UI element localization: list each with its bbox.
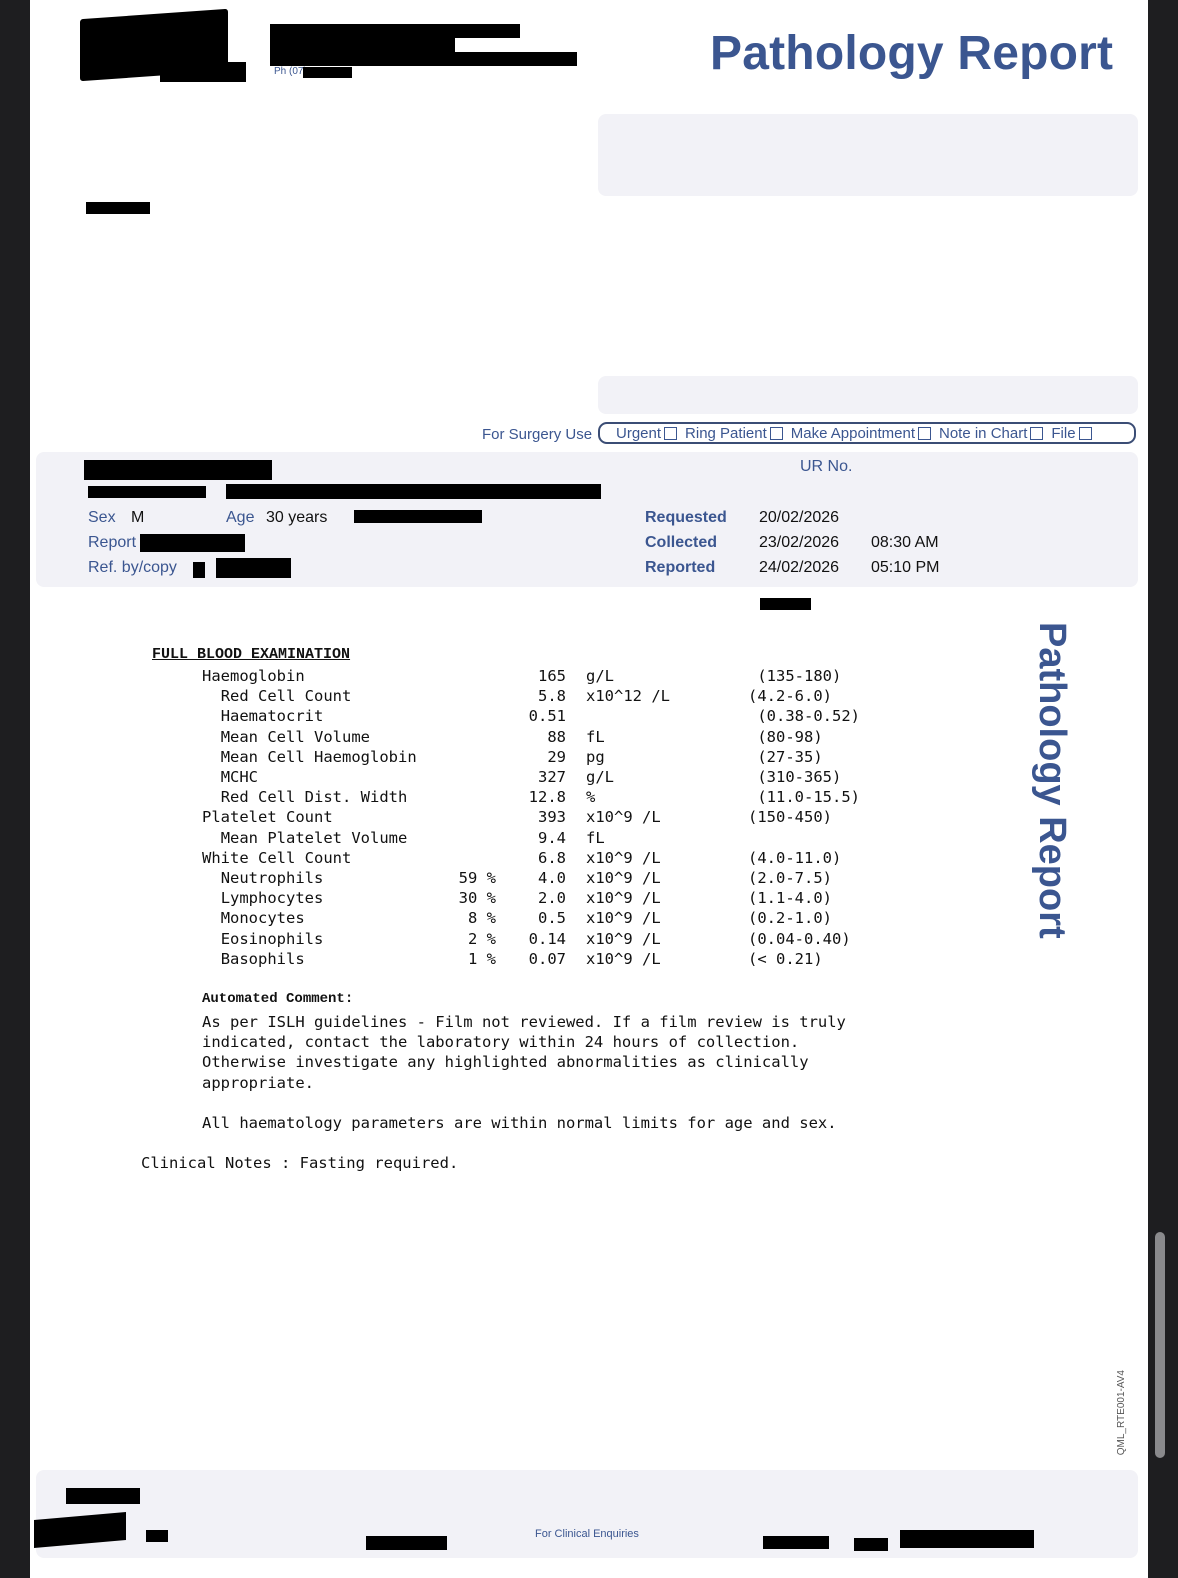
- reference-range: (4.2-6.0): [748, 686, 832, 706]
- test-unit: g/L: [586, 767, 614, 787]
- test-name: Monocytes: [221, 908, 305, 928]
- redacted-lab-address: [270, 38, 455, 52]
- ur-number-label: UR No.: [800, 458, 852, 476]
- surgery-option-label: Note in Chart: [939, 425, 1027, 442]
- header-info-panel: [598, 114, 1138, 196]
- redacted-logo-sub: [160, 62, 246, 82]
- test-value: 0.14: [506, 929, 566, 949]
- test-unit: x10^9 /L: [586, 949, 661, 969]
- reference-range: (0.2-1.0): [748, 908, 832, 928]
- collected-time: 08:30 AM: [871, 534, 939, 552]
- test-name: MCHC: [221, 767, 258, 787]
- test-name: Basophils: [221, 949, 305, 969]
- age-label: Age: [226, 509, 254, 527]
- scrollbar-thumb[interactable]: [1155, 1232, 1165, 1458]
- redacted-footer-phone: [366, 1536, 447, 1550]
- test-value: 9.4: [506, 828, 566, 848]
- lab-phone: Ph (07): [274, 66, 307, 77]
- reference-range: (27-35): [757, 747, 822, 767]
- redacted-lab-name: [270, 24, 520, 38]
- redacted-ref-copy: [216, 558, 291, 578]
- side-title: Pathology Report: [1030, 622, 1073, 939]
- sex-value: M: [131, 509, 144, 527]
- test-value: 2.0: [506, 888, 566, 908]
- test-value: 4.0: [506, 868, 566, 888]
- surgery-option-make-appointment[interactable]: Make Appointment: [791, 425, 931, 442]
- reported-label: Reported: [645, 559, 715, 577]
- viewer-left-gutter: [0, 0, 30, 1578]
- reference-range: (80-98): [757, 727, 822, 747]
- report-page: Ph (07) Pathology Report For Surgery Use…: [30, 0, 1148, 1578]
- redacted-footer-contact-3: [900, 1530, 1034, 1548]
- surgery-option-file[interactable]: File: [1051, 425, 1091, 442]
- test-unit: pg: [586, 747, 605, 767]
- redacted-ref-doctor: [193, 562, 205, 578]
- test-unit: fL: [586, 828, 605, 848]
- test-name: Eosinophils: [221, 929, 324, 949]
- test-value: 29: [506, 747, 566, 767]
- comment-line: appropriate.: [202, 1073, 314, 1093]
- test-percent: 59 %: [446, 868, 496, 888]
- test-name: Haemoglobin: [202, 666, 305, 686]
- requested-label: Requested: [645, 509, 727, 527]
- test-unit: fL: [586, 727, 605, 747]
- test-name: Haematocrit: [221, 706, 324, 726]
- clinical-enquiries-label: For Clinical Enquiries: [535, 1528, 639, 1540]
- redacted-footer-contact-2: [854, 1538, 888, 1551]
- reported-time: 05:10 PM: [871, 559, 939, 577]
- sex-label: Sex: [88, 509, 116, 527]
- reference-range: (< 0.21): [748, 949, 823, 969]
- redacted-report-id: [140, 534, 245, 552]
- requested-date: 20/02/2026: [759, 509, 839, 527]
- redacted-patient-name: [84, 460, 272, 480]
- reference-range: (150-450): [748, 807, 832, 827]
- page-title: Pathology Report: [710, 26, 1113, 81]
- test-percent: 8 %: [446, 908, 496, 928]
- reference-range: (310-365): [757, 767, 841, 787]
- test-percent: 30 %: [446, 888, 496, 908]
- redacted-phone-number: [303, 67, 352, 78]
- reference-range: (135-180): [757, 666, 841, 686]
- test-value: 0.5: [506, 908, 566, 928]
- checkbox-icon[interactable]: [918, 427, 931, 440]
- redacted-medicare: [354, 510, 482, 523]
- test-unit: x10^9 /L: [586, 888, 661, 908]
- redacted-footer-contact-1: [763, 1536, 829, 1549]
- surgery-use-label: For Surgery Use: [482, 426, 592, 443]
- surgery-option-label: Ring Patient: [685, 425, 767, 442]
- test-value: 88: [506, 727, 566, 747]
- test-percent: 1 %: [446, 949, 496, 969]
- test-value: 165: [506, 666, 566, 686]
- test-name: Platelet Count: [202, 807, 333, 827]
- surgery-option-note-in-chart[interactable]: Note in Chart: [939, 425, 1043, 442]
- test-value: 6.8: [506, 848, 566, 868]
- test-name: Neutrophils: [221, 868, 324, 888]
- reference-range: (4.0-11.0): [748, 848, 841, 868]
- reference-range: (2.0-7.5): [748, 868, 832, 888]
- redacted-lab-number: [760, 598, 811, 610]
- test-name: Mean Platelet Volume: [221, 828, 408, 848]
- test-value: 0.07: [506, 949, 566, 969]
- comment-line: indicated, contact the laboratory within…: [202, 1032, 799, 1052]
- test-value: 5.8: [506, 686, 566, 706]
- redacted-footer-logo: [66, 1488, 140, 1504]
- checkbox-icon[interactable]: [770, 427, 783, 440]
- reference-range: (1.1-4.0): [748, 888, 832, 908]
- test-unit: x10^12 /L: [586, 686, 670, 706]
- comment-line: As per ISLH guidelines - Film not review…: [202, 1012, 846, 1032]
- test-value: 393: [506, 807, 566, 827]
- test-name: Red Cell Dist. Width: [221, 787, 408, 807]
- form-code: QML_RTE001-AV4: [1116, 1370, 1127, 1455]
- surgery-use-options: UrgentRing PatientMake AppointmentNote i…: [598, 422, 1136, 444]
- test-value: 12.8: [506, 787, 566, 807]
- surgery-option-urgent[interactable]: Urgent: [616, 425, 677, 442]
- clinical-notes: Clinical Notes : Fasting required.: [141, 1153, 458, 1173]
- age-value: 30 years: [266, 509, 327, 527]
- surgery-option-ring-patient[interactable]: Ring Patient: [685, 425, 783, 442]
- section-title-fbe: FULL BLOOD EXAMINATION: [152, 646, 350, 663]
- report-label: Report: [88, 534, 136, 552]
- test-unit: x10^9 /L: [586, 929, 661, 949]
- test-name: Red Cell Count: [221, 686, 352, 706]
- test-value: 327: [506, 767, 566, 787]
- test-unit: g/L: [586, 666, 614, 686]
- address-panel: [598, 376, 1138, 414]
- redacted-recipient: [86, 202, 150, 214]
- test-unit: x10^9 /L: [586, 807, 661, 827]
- checkbox-icon[interactable]: [664, 427, 677, 440]
- redacted-address: [226, 484, 601, 499]
- surgery-option-label: File: [1051, 425, 1075, 442]
- collected-label: Collected: [645, 534, 717, 552]
- collected-date: 23/02/2026: [759, 534, 839, 552]
- redacted-lab-address-2: [270, 52, 577, 66]
- checkbox-icon[interactable]: [1079, 427, 1092, 440]
- surgery-option-label: Make Appointment: [791, 425, 915, 442]
- comment-line: Otherwise investigate any highlighted ab…: [202, 1052, 809, 1072]
- test-name: Mean Cell Volume: [221, 727, 370, 747]
- test-name: White Cell Count: [202, 848, 351, 868]
- test-unit: x10^9 /L: [586, 908, 661, 928]
- test-unit: x10^9 /L: [586, 868, 661, 888]
- comment-summary: All haematology parameters are within no…: [202, 1113, 837, 1133]
- reference-range: (0.38-0.52): [757, 706, 860, 726]
- checkbox-icon[interactable]: [1030, 427, 1043, 440]
- reference-range: (11.0-15.5): [757, 787, 860, 807]
- reported-date: 24/02/2026: [759, 559, 839, 577]
- redacted-dob: [88, 486, 206, 498]
- ref-by-label: Ref. by/copy: [88, 559, 177, 577]
- test-percent: 2 %: [446, 929, 496, 949]
- reference-range: (0.04-0.40): [748, 929, 851, 949]
- redacted-footer-mark: [146, 1530, 168, 1542]
- test-name: Lymphocytes: [221, 888, 324, 908]
- test-unit: %: [586, 787, 595, 807]
- test-value: 0.51: [506, 706, 566, 726]
- test-unit: x10^9 /L: [586, 848, 661, 868]
- test-name: Mean Cell Haemoglobin: [221, 747, 417, 767]
- automated-comment-title: Automated Comment:: [202, 991, 353, 1007]
- surgery-option-label: Urgent: [616, 425, 661, 442]
